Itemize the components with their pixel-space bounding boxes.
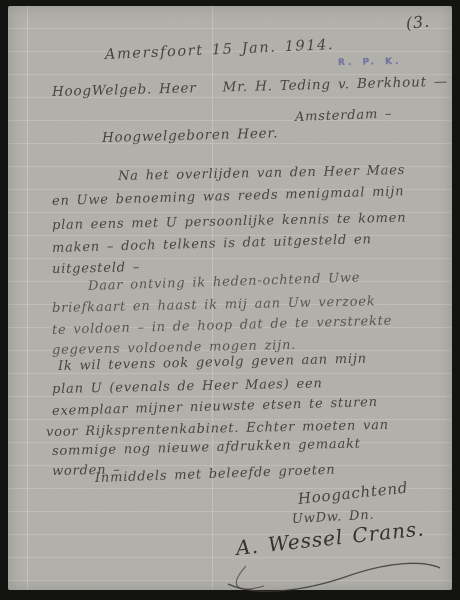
letter-line: sommige nog nieuwe afdrukken gemaakt bbox=[52, 437, 361, 458]
addressee-name: Mr. H. Teding v. Berkhout — bbox=[222, 74, 448, 96]
letter-sheet: (3. Amersfoort 15 Jan. 1914. R. P. K. Ho… bbox=[8, 6, 452, 590]
letter-line: uitgesteld – bbox=[52, 261, 140, 276]
closing-line: Inmiddels met beleefde groeten bbox=[95, 464, 336, 485]
addressee-line: HoogWelgeb. HeerMr. H. Teding v. Berkhou… bbox=[52, 76, 449, 100]
archive-stamp-rpk: R. P. K. bbox=[338, 58, 402, 68]
valediction: Hoogachtend bbox=[297, 480, 409, 506]
letter-line: en Uwe benoeming was reeds menigmaal mij… bbox=[52, 185, 405, 208]
letter-line: voor Rijksprentenkabinet. Echter moeten … bbox=[46, 419, 389, 439]
letter-line: Na het overlijden van den Heer Maes bbox=[118, 164, 405, 183]
letter-line: plan eens met U persoonlijke kennis te k… bbox=[52, 212, 407, 232]
letter-dateline: Amersfoort 15 Jan. 1914. bbox=[105, 38, 335, 62]
letter-line: briefkaart en haast ik mij aan Uw verzoe… bbox=[52, 295, 376, 315]
letter-line: maken – doch telkens is dat uitgesteld e… bbox=[52, 233, 372, 255]
salutation: Hoogwelgeboren Heer. bbox=[102, 127, 279, 145]
letter-line: te voldoen – in de hoop dat de te verstr… bbox=[52, 315, 393, 337]
page-number-annotation: (3. bbox=[405, 14, 430, 32]
letter-photograph: (3. Amersfoort 15 Jan. 1914. R. P. K. Ho… bbox=[0, 0, 460, 600]
letter-line: plan U (evenals de Heer Maes) een bbox=[52, 377, 323, 396]
spacing bbox=[197, 92, 223, 93]
letter-line: exemplaar mijner nieuwste etsen te sture… bbox=[52, 396, 378, 418]
addressee-city: Amsterdam – bbox=[295, 108, 393, 124]
addressee-honorific: HoogWelgeb. Heer bbox=[52, 80, 197, 100]
